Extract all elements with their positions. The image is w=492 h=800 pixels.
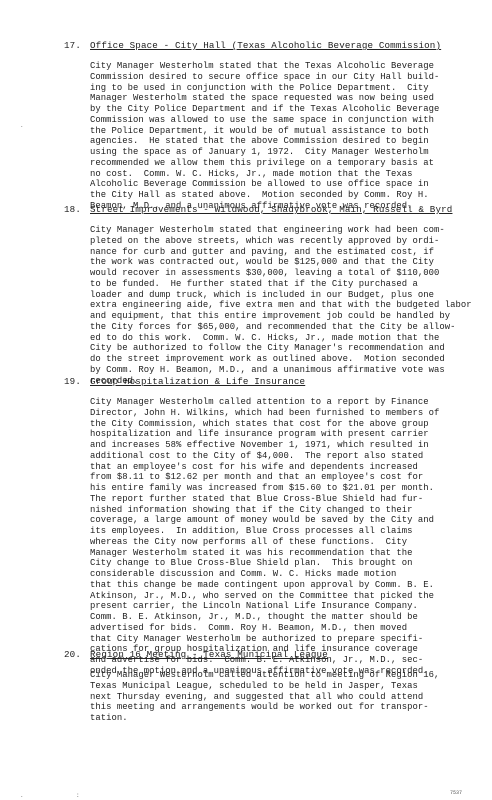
body-line: loader and dump truck, which is included…: [90, 290, 444, 301]
body-line: coverage, a large amount of money would …: [90, 515, 444, 526]
body-line: using the space as of January 1, 1972. C…: [90, 147, 444, 158]
body-line: no cost. Comm. W. C. Hicks, Jr., made mo…: [90, 169, 444, 180]
body-line: tation.: [90, 713, 444, 724]
body-line: and increases 58% effective November 1, …: [90, 440, 444, 451]
document-page: 17. Office Space - City Hall (Texas Alco…: [0, 0, 492, 800]
body-line: City Manager Westerholm stated that engi…: [90, 225, 444, 236]
agenda-item-18: 18. Street Improvements - Wildwood, Shad…: [64, 204, 474, 386]
body-line: extra engineering aide, five extra men a…: [90, 300, 444, 311]
agenda-item-20: 20. Region 16 Meeting - Texas Municipal …: [64, 649, 474, 724]
body-line: pleted on the above streets, which was r…: [90, 236, 444, 247]
body-line: City Manager Westerholm called attention…: [90, 670, 444, 681]
body-line: nance for curb and gutter and paving, an…: [90, 247, 444, 258]
body-line: next Thursday evening, and suggested tha…: [90, 692, 444, 703]
item-heading: 19. Group Hospitalization & Life Insuran…: [64, 376, 474, 387]
body-line: ed to do this work. Comm. W. C. Hicks, J…: [90, 333, 444, 344]
body-line: hospitalization and life insurance progr…: [90, 429, 444, 440]
agenda-item-19: 19. Group Hospitalization & Life Insuran…: [64, 376, 474, 677]
item-heading: 18. Street Improvements - Wildwood, Shad…: [64, 204, 474, 215]
item-number: 17.: [64, 40, 90, 51]
item-number: 19.: [64, 376, 90, 387]
body-line: agencies. He stated that the above Commi…: [90, 136, 444, 147]
body-line: this meeting and arrangements would be w…: [90, 702, 444, 713]
body-line: Texas Municipal League, scheduled to be …: [90, 681, 444, 692]
body-line: by Comm. Roy H. Beamon, M.D., and a unan…: [90, 365, 444, 376]
body-line: do the street improvement work as outlin…: [90, 354, 444, 365]
item-body: City Manager Westerholm called attention…: [90, 397, 444, 677]
body-line: the City forces for $65,000, and recomme…: [90, 322, 444, 333]
body-line: would recover in assessments $30,000, le…: [90, 268, 444, 279]
body-line: Manager Westerholm stated it was his rec…: [90, 548, 444, 559]
item-body: City Manager Westerholm called attention…: [90, 670, 444, 724]
item-number: 18.: [64, 204, 90, 215]
body-line: nished information showing that if the C…: [90, 505, 444, 516]
body-line: that this change be made contingent upon…: [90, 580, 444, 591]
body-line: additional cost to the City of $4,000. T…: [90, 451, 444, 462]
body-line: Atkinson, Jr., M.D., who served on the C…: [90, 591, 444, 602]
margin-speck: :: [76, 792, 80, 799]
body-line: the Police Department, it would be of mu…: [90, 126, 444, 137]
body-line: its employees. In addition, Blue Cross p…: [90, 526, 444, 537]
body-line: from $8.11 to $12.62 per month and that …: [90, 472, 444, 483]
body-line: that City Manager Westerholm be authoriz…: [90, 634, 444, 645]
body-line: City be authorized to follow the City Ma…: [90, 343, 444, 354]
body-line: whereas the City now performs all of the…: [90, 537, 444, 548]
agenda-item-17: 17. Office Space - City Hall (Texas Alco…: [64, 40, 474, 212]
body-line: considerable discussion and Comm. W. C. …: [90, 569, 444, 580]
item-number: 20.: [64, 649, 90, 660]
item-body: City Manager Westerholm stated that the …: [90, 61, 444, 212]
body-line: Director, John H. Wilkins, which had bee…: [90, 408, 444, 419]
body-line: advertised for bids. Comm. Roy H. Beamon…: [90, 623, 444, 634]
item-title: Group Hospitalization & Life Insurance: [90, 376, 305, 387]
item-title: Office Space - City Hall (Texas Alcoholi…: [90, 40, 441, 51]
body-line: the City Commission, which states that c…: [90, 419, 444, 430]
body-line: the City Hall as stated above. Motion se…: [90, 190, 444, 201]
body-line: Comm. B. E. Atkinson, Jr., M.D., thought…: [90, 612, 444, 623]
body-line: Manager Westerholm stated the space requ…: [90, 93, 444, 104]
body-line: to be funded. He further stated that if …: [90, 279, 444, 290]
item-heading: 17. Office Space - City Hall (Texas Alco…: [64, 40, 474, 51]
body-line: City Manager Westerholm stated that the …: [90, 61, 444, 72]
body-line: Commission was allowed to use the same s…: [90, 115, 444, 126]
body-line: his entire family was increased from $15…: [90, 483, 444, 494]
body-line: City Manager Westerholm called attention…: [90, 397, 444, 408]
item-title: Region 16 Meeting - Texas Municipal Leag…: [90, 649, 328, 660]
item-heading: 20. Region 16 Meeting - Texas Municipal …: [64, 649, 474, 660]
body-line: City change to Blue Cross-Blue Shield pl…: [90, 558, 444, 569]
body-line: ing to be used in conjunction with the P…: [90, 83, 444, 94]
body-line: Commission desired to secure office spac…: [90, 72, 444, 83]
body-line: recommended we allow them this privilege…: [90, 158, 444, 169]
body-line: and equipment, that this entire improvem…: [90, 311, 444, 322]
margin-speck: .: [20, 792, 24, 799]
item-body: City Manager Westerholm stated that engi…: [90, 225, 444, 386]
body-line: The report further stated that Blue Cros…: [90, 494, 444, 505]
body-line: Alcoholic Beverage Commission be allowed…: [90, 179, 444, 190]
body-line: the work was contracted out, would be $1…: [90, 257, 444, 268]
body-line: that an employee's cost for his wife and…: [90, 462, 444, 473]
body-line: by the City Police Department and if the…: [90, 104, 444, 115]
page-footer-mark: 7537: [450, 790, 462, 796]
item-title: Street Improvements - Wildwood, Shadybro…: [90, 204, 452, 215]
margin-speck: .: [20, 122, 24, 129]
body-line: present carrier, the Lincoln National Li…: [90, 601, 444, 612]
